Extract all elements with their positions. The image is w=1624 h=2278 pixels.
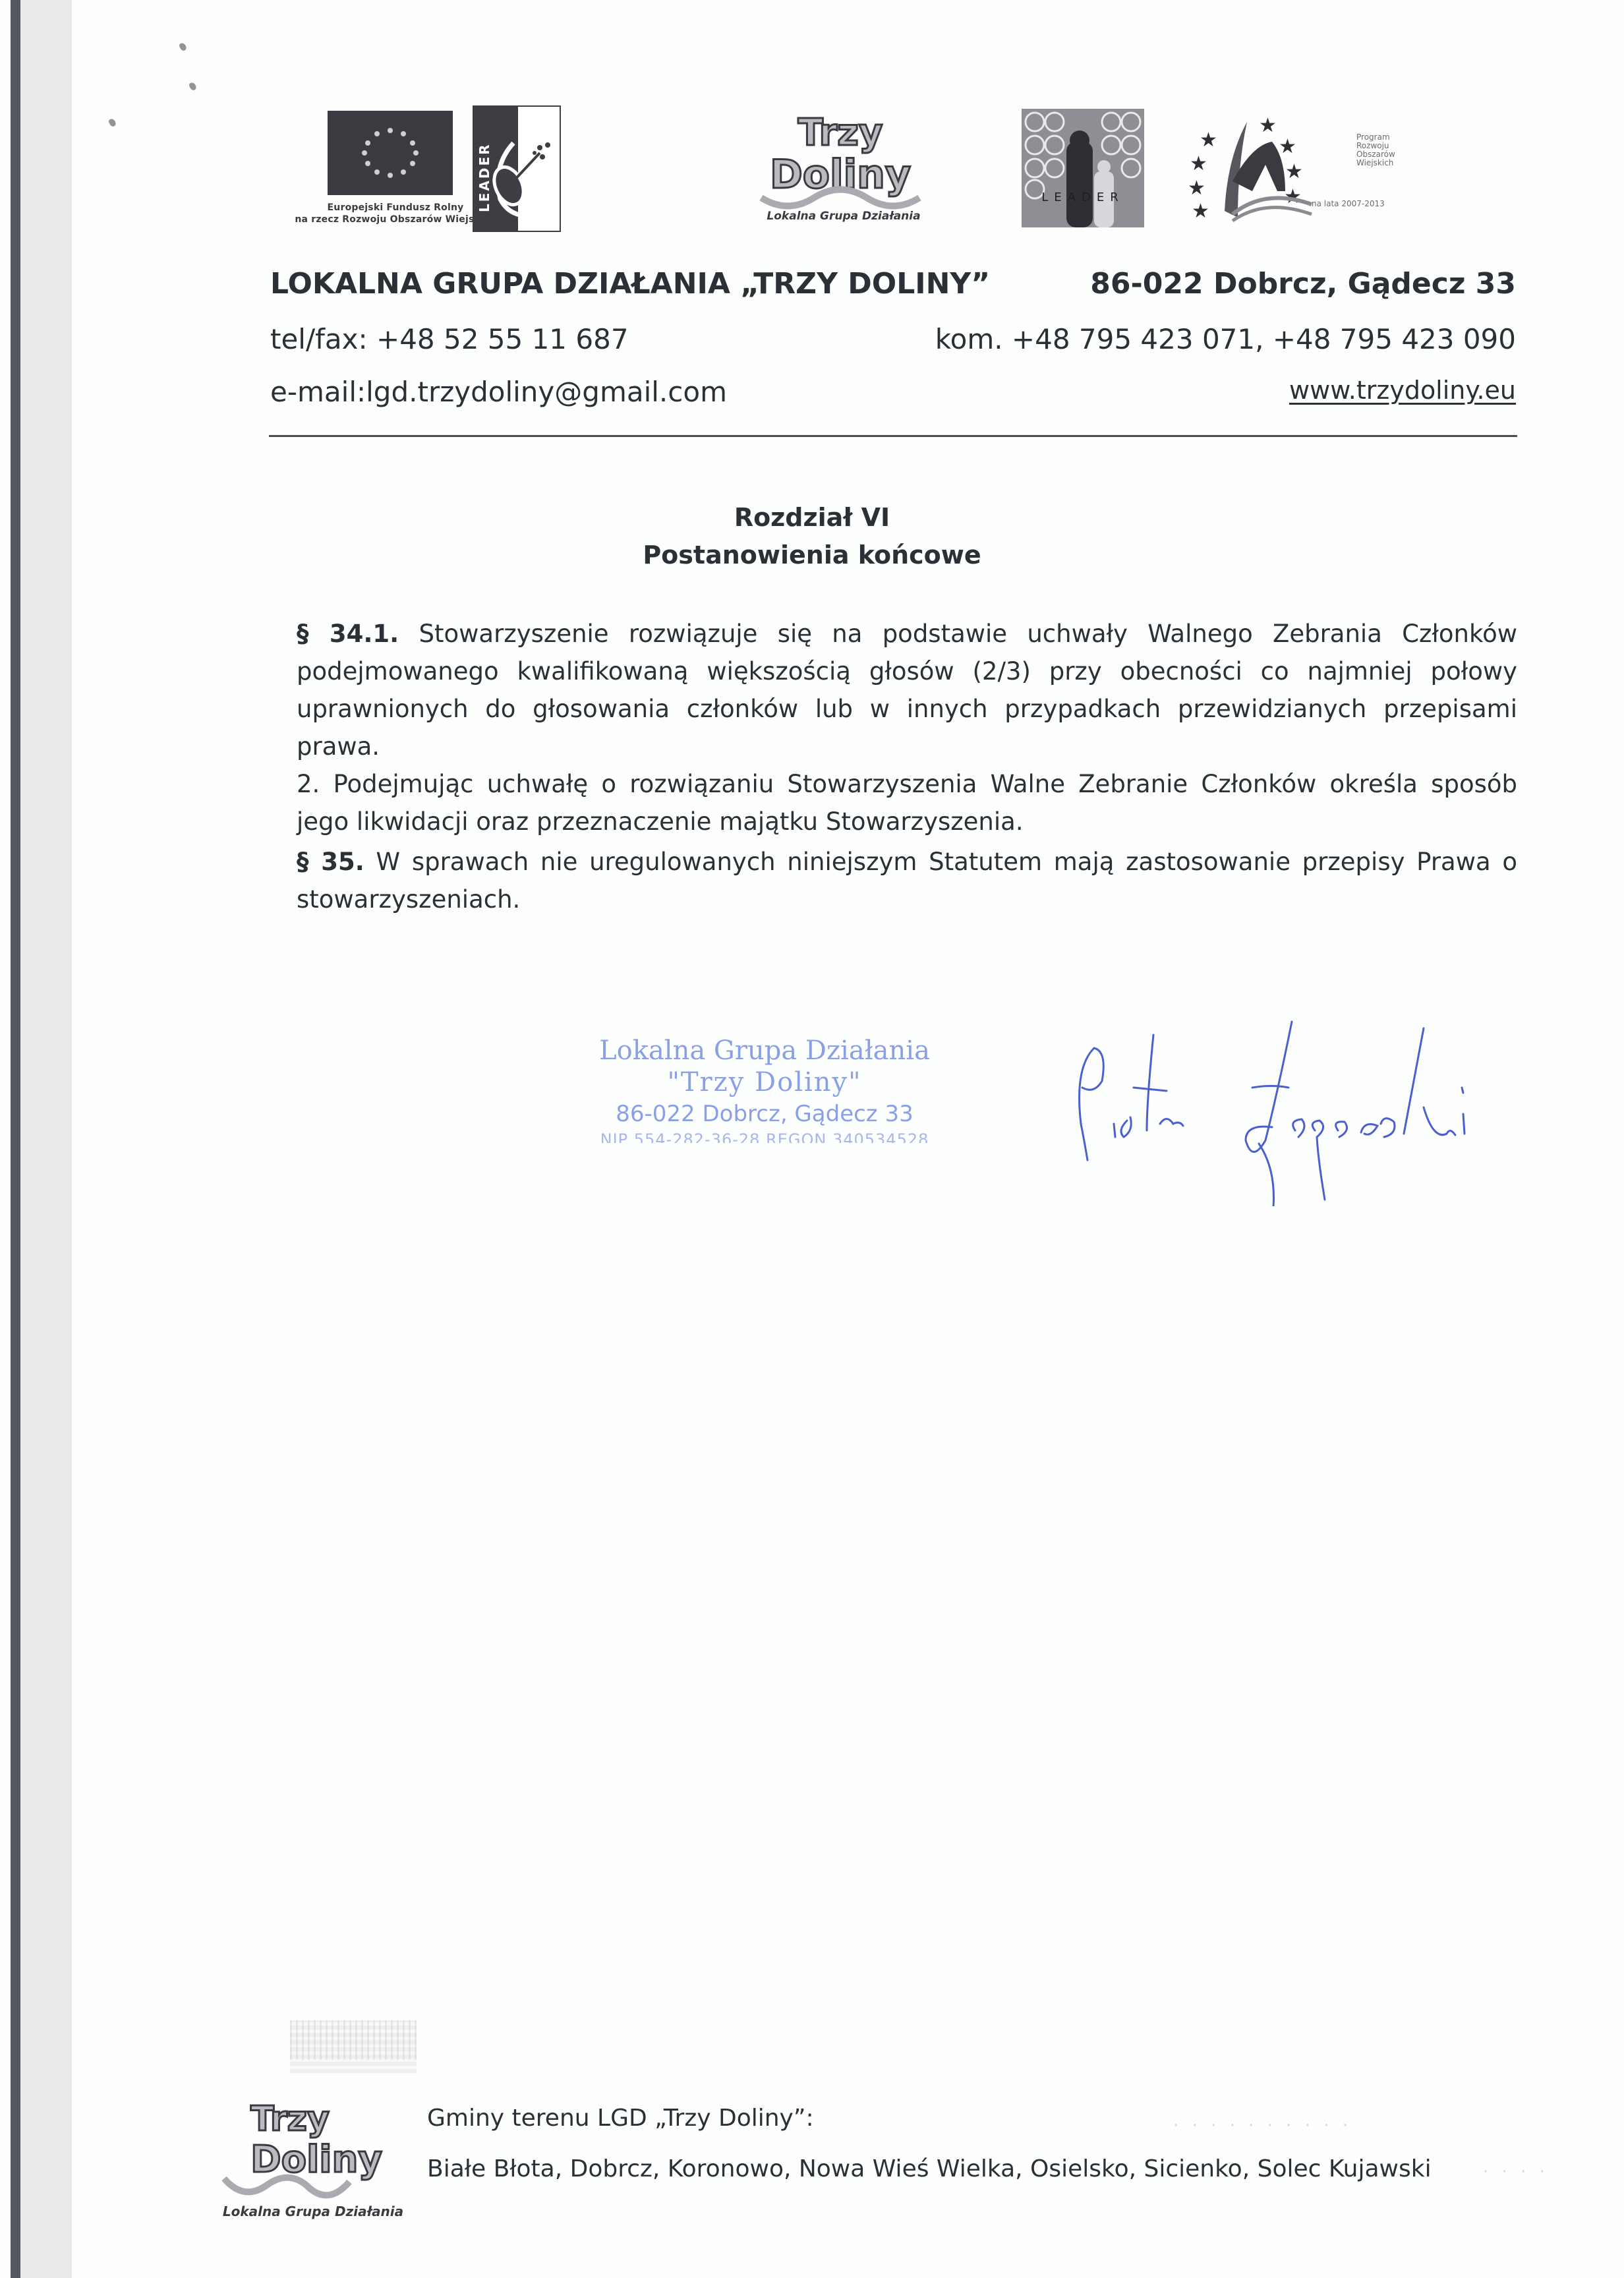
svg-text:★: ★ xyxy=(1279,135,1296,158)
svg-text:Trzy: Trzy xyxy=(798,111,883,154)
signature-icon xyxy=(1055,1008,1536,1206)
stamp-line1: Lokalna Grupa Działania xyxy=(580,1035,949,1066)
section-text: Stowarzyszenie rozwiązuje się na podstaw… xyxy=(297,620,1517,761)
eu-stars-icon xyxy=(328,111,453,195)
prow-stars-house-icon: ★★★ ★★★ ★★ xyxy=(1186,105,1318,231)
svg-text:★: ★ xyxy=(1188,177,1205,200)
eu-fund-caption: Europejski Fundusz Rolny na rzecz Rozwoj… xyxy=(290,202,501,225)
svg-text:Trzy: Trzy xyxy=(250,2099,330,2139)
scan-speck xyxy=(179,42,188,52)
scan-edge-light xyxy=(20,0,72,2278)
scan-speck xyxy=(108,118,117,128)
scan-edge-dark xyxy=(11,0,20,2278)
section-text: W sprawach nie uregulowanych niniejszym … xyxy=(297,848,1517,914)
prow-line: Wiejskich xyxy=(1356,159,1395,167)
paragraph-35-body: § 35. W sprawach nie uregulowanych ninie… xyxy=(270,843,1517,918)
svg-text:★: ★ xyxy=(1192,200,1209,223)
chapter-title: Postanowienia końcowe xyxy=(0,540,1624,569)
footer-heading: Gminy terenu LGD „Trzy Doliny”: xyxy=(427,2105,814,2132)
org-name: LOKALNA GRUPA DZIAŁANIA „TRZY DOLINY” xyxy=(270,267,990,301)
leader-people-icon: LEADER xyxy=(1022,109,1144,227)
footer-communes: Białe Błota, Dobrcz, Koronowo, Nowa Wieś… xyxy=(427,2155,1432,2182)
faint-scan-artifact xyxy=(290,2020,417,2060)
chapter-number: Rozdział VI xyxy=(0,503,1624,532)
website-link[interactable]: www.trzydoliny.eu xyxy=(1289,376,1516,405)
scan-speck xyxy=(188,82,198,92)
faint-bleed-through: · · · · xyxy=(1483,2162,1549,2182)
paragraph-35: § 35. W sprawach nie uregulowanych ninie… xyxy=(270,843,1517,918)
prow-years: na lata 2007-2013 xyxy=(1312,199,1385,208)
eu-flag-logo xyxy=(328,111,453,195)
svg-text:LEADER: LEADER xyxy=(1041,190,1124,204)
paragraph-34: § 34.1. Stowarzyszenie rozwiązuje się na… xyxy=(270,615,1517,840)
svg-text:★: ★ xyxy=(1285,160,1303,183)
section-label: § 35. xyxy=(297,848,364,876)
email-address[interactable]: e-mail:lgd.trzydoliny@gmail.com xyxy=(270,376,727,408)
leader-plant-icon xyxy=(474,107,560,231)
prow-logo: ★★★ ★★★ ★★ Program Rozwoju Obszarów Wiej… xyxy=(1186,105,1397,231)
eu-caption-line2: na rzecz Rozwoju Obszarów Wiejskich xyxy=(290,214,501,225)
organization-stamp: Lokalna Grupa Działania "Trzy Doliny" 86… xyxy=(580,1035,949,1143)
stamp-line2: "Trzy Doliny" xyxy=(580,1066,949,1098)
svg-text:Doliny: Doliny xyxy=(250,2138,382,2181)
footer-logo-caption: Lokalna Grupa Działania xyxy=(217,2204,409,2219)
leader-logo-right: LEADER xyxy=(1022,109,1144,227)
telfax: tel/fax: +48 52 55 11 687 xyxy=(270,323,629,355)
mobile-numbers: kom. +48 795 423 071, +48 795 423 090 xyxy=(935,323,1516,355)
svg-text:★: ★ xyxy=(1259,114,1277,137)
paragraph-34-1: § 34.1. Stowarzyszenie rozwiązuje się na… xyxy=(270,615,1517,765)
stamp-line3: 86-022 Dobrcz, Gądecz 33 xyxy=(580,1098,949,1130)
trzy-doliny-caption: Lokalna Grupa Działania xyxy=(748,210,939,223)
svg-text:★: ★ xyxy=(1200,129,1217,152)
faint-bleed-through: · · · · · · · · · · xyxy=(1173,2116,1352,2136)
paragraph-34-2: 2. Podejmując uchwałę o rozwiązaniu Stow… xyxy=(270,765,1517,840)
eu-caption-line1: Europejski Fundusz Rolny xyxy=(290,202,501,214)
prow-text: Program Rozwoju Obszarów Wiejskich xyxy=(1356,133,1395,167)
stamp-line4: NIP 554-282-36-28 REGON 340534528 xyxy=(580,1130,949,1143)
org-address: 86-022 Dobrcz, Gądecz 33 xyxy=(1090,267,1516,301)
handwritten-signature xyxy=(1055,1008,1536,1206)
section-label: § 34.1. xyxy=(297,620,399,648)
leader-logo-left: LEADER xyxy=(473,105,561,232)
header-divider xyxy=(269,435,1517,437)
svg-text:★: ★ xyxy=(1190,152,1207,175)
